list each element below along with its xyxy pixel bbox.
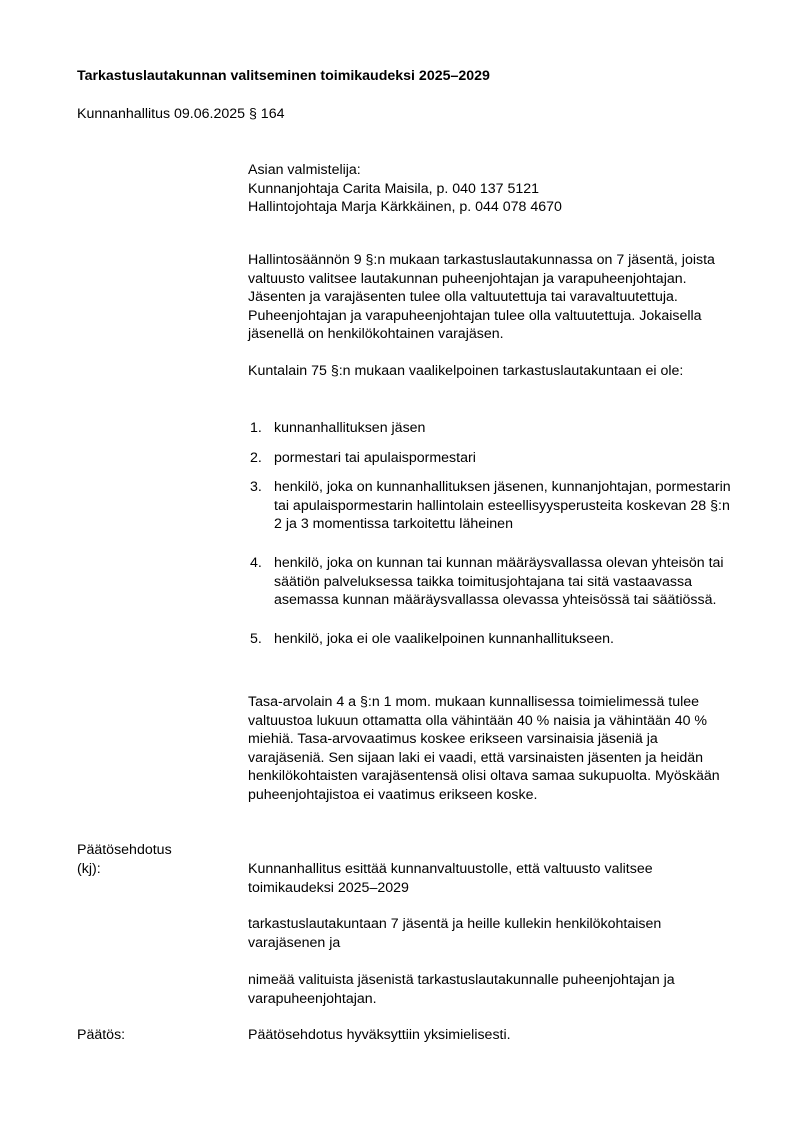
ineligible-list: 1.kunnanhallituksen jäsen 2.pormestari t… (248, 419, 738, 659)
list-text: henkilö, joka ei ole vaalikelpoinen kunn… (274, 631, 614, 647)
decision-label: Päätös: (77, 1026, 125, 1045)
list-text: henkilö, joka on kunnan tai kunnan määrä… (274, 555, 724, 608)
list-number: 3. (250, 478, 262, 497)
paragraph-rules: Hallintosäännön 9 §:n mukaan tarkastusla… (248, 251, 738, 344)
proposal-paragraph: tarkastuslautakuntaan 7 jäsentä ja heill… (248, 915, 738, 952)
list-item: 5.henkilö, joka ei ole vaalikelpoinen ku… (248, 630, 738, 649)
list-number: 4. (250, 554, 262, 573)
list-number: 5. (250, 630, 262, 649)
proposal-paragraph: nimeää valituista jäsenistä tarkastuslau… (248, 971, 738, 1008)
list-item: 1.kunnanhallituksen jäsen (248, 419, 738, 438)
list-text: henkilö, joka on kunnanhallituksen jäsen… (274, 479, 731, 532)
decision-text: Päätösehdotus hyväksyttiin yksimielisest… (248, 1026, 738, 1045)
paragraph-eligibility: Kuntalain 75 §:n mukaan vaalikelpoinen t… (248, 362, 738, 381)
preparer-line: Hallintojohtaja Marja Kärkkäinen, p. 044… (248, 198, 738, 217)
list-text: pormestari tai apulaispormestari (274, 450, 476, 466)
list-text: kunnanhallituksen jäsen (274, 420, 425, 436)
list-number: 1. (250, 419, 262, 438)
list-number: 2. (250, 449, 262, 468)
proposal-label-author: (kj): (77, 860, 101, 879)
paragraph-equality: Tasa-arvolain 4 a §:n 1 mom. mukaan kunn… (248, 693, 738, 805)
proposal-label: Päätösehdotus (77, 841, 172, 860)
proposal-paragraph: Kunnanhallitus esittää kunnanvaltuustoll… (248, 860, 738, 897)
preparer-heading: Asian valmistelija: (248, 161, 738, 180)
meeting-reference: Kunnanhallitus 09.06.2025 § 164 (77, 106, 284, 122)
preparer-line: Kunnanjohtaja Carita Maisila, p. 040 137… (248, 180, 738, 199)
preparer-block: Asian valmistelija: Kunnanjohtaja Carita… (248, 161, 738, 217)
list-item: 2.pormestari tai apulaispormestari (248, 449, 738, 468)
document-title: Tarkastuslautakunnan valitseminen toimik… (77, 68, 490, 84)
list-item: 3.henkilö, joka on kunnanhallituksen jäs… (248, 478, 738, 534)
list-item: 4.henkilö, joka on kunnan tai kunnan mää… (248, 554, 738, 610)
